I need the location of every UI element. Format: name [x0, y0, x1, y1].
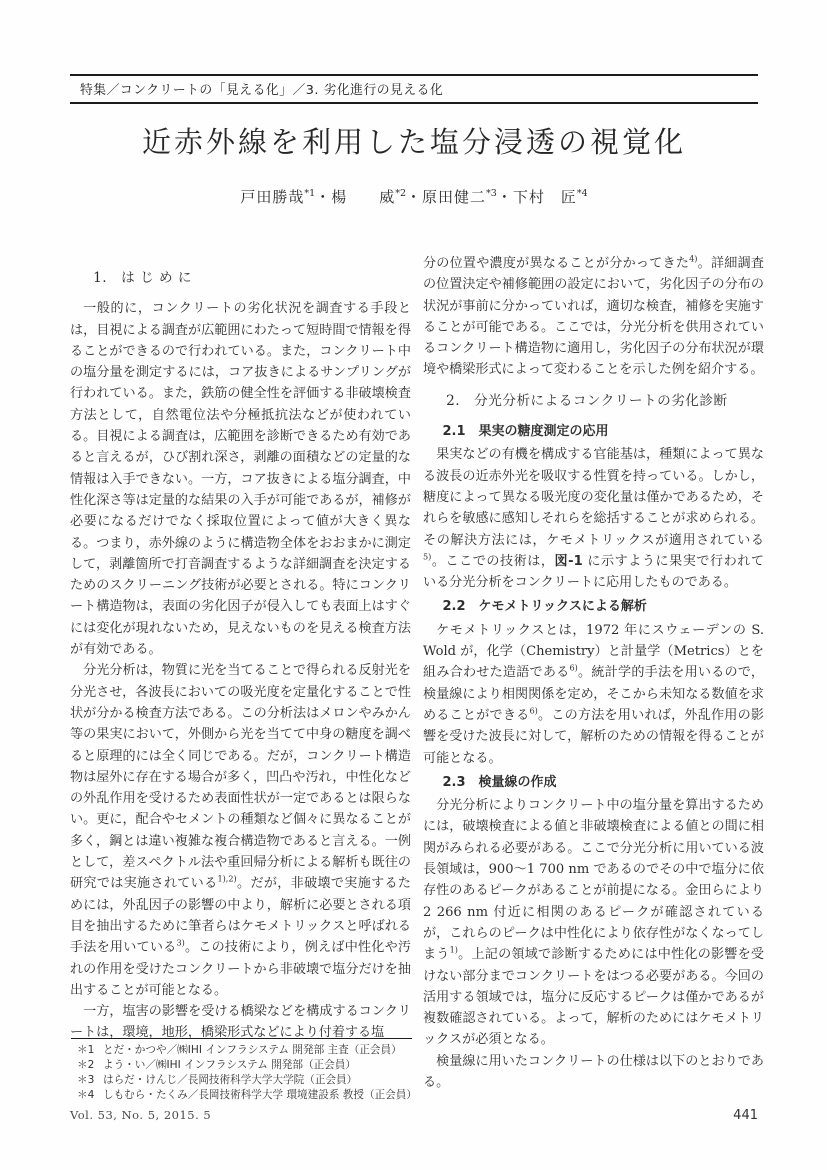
- reference-superscript: 6): [570, 663, 578, 673]
- footnote-marker: ＊3: [71, 1073, 103, 1088]
- footnote-item: ＊3はらだ・けんじ／長岡技術科学大学大学院（正会員）: [71, 1073, 423, 1088]
- page-number: 441: [733, 1108, 758, 1123]
- paragraph: 分光分析は，物質に光を当てることで得られる反射光を分光させ，各波長においての吸光…: [70, 660, 411, 1001]
- reference-superscript: 5): [423, 552, 431, 562]
- paragraph: ケモメトリックスとは，1972 年にスウェーデンの S. Wold が，化学（C…: [423, 620, 764, 769]
- reference-superscript: *4: [577, 188, 588, 199]
- page: 特集／コンクリートの「見える化」／3. 劣化進行の見える化 近赤外線を利用した塩…: [0, 0, 827, 1170]
- reference-superscript: 1): [450, 945, 458, 955]
- footnote-item: ＊2よう・い／㈱IHI インフラシステム 開発部（正会員）: [71, 1058, 423, 1073]
- footnotes: ＊1とだ・かつや／㈱IHI インフラシステム 開発部 主査（正会員）＊2よう・い…: [71, 1038, 423, 1103]
- header-band-text: 特集／コンクリートの「見える化」／3. 劣化進行の見える化: [80, 83, 443, 98]
- paragraph: 分の位置や濃度が異なることが分かってきた4)。詳細調査の位置決定や補修範囲の設定…: [423, 253, 764, 381]
- reference-superscript: *2: [395, 188, 406, 199]
- paragraph: 検量線に用いたコンクリートの仕様は以下のとおりである。: [423, 1051, 764, 1094]
- footnote-marker: ＊1: [71, 1043, 103, 1058]
- footnote-rule: [71, 1038, 412, 1039]
- footnote-text: とだ・かつや／㈱IHI インフラシステム 開発部 主査（正会員）: [103, 1043, 423, 1058]
- footnote-text: しもむら・たくみ／長岡技術科学大学 環境建設系 教授（正会員）: [103, 1088, 423, 1103]
- footnote-item: ＊4しもむら・たくみ／長岡技術科学大学 環境建設系 教授（正会員）: [71, 1088, 423, 1103]
- footnote-list: ＊1とだ・かつや／㈱IHI インフラシステム 開発部 主査（正会員）＊2よう・い…: [71, 1043, 423, 1103]
- subsection-heading: 2.1 果実の糖度測定の応用: [423, 421, 764, 442]
- volume-info: Vol. 53, No. 5, 2015. 5: [70, 1108, 211, 1122]
- authors-line: 戸田勝哉*1・楊 威*2・原田健二*3・下村 匠*4: [70, 186, 758, 207]
- section-heading: 2. 分光分析によるコンクリートの劣化診断: [423, 391, 764, 412]
- reference-superscript: 4): [689, 254, 697, 264]
- paragraph: 分光分析によりコンクリート中の塩分量を算出するためには，破壊検査による値と非破壊…: [423, 795, 764, 1051]
- paper-title: 近赤外線を利用した塩分浸透の視覚化: [70, 120, 758, 161]
- right-column: 分の位置や濃度が異なることが分かってきた4)。詳細調査の位置決定や補修範囲の設定…: [423, 253, 764, 1093]
- footnote-text: はらだ・けんじ／長岡技術科学大学大学院（正会員）: [103, 1073, 423, 1088]
- reference-superscript: *1: [304, 188, 315, 199]
- header-band: 特集／コンクリートの「見える化」／3. 劣化進行の見える化: [70, 74, 758, 104]
- subsection-heading: 2.3 検量線の作成: [423, 772, 764, 793]
- reference-superscript: 3): [176, 938, 184, 948]
- footer: Vol. 53, No. 5, 2015. 5 441: [70, 1108, 758, 1123]
- reference-superscript: *3: [486, 188, 497, 199]
- left-column: 1. は じ め に一般的に，コンクリートの劣化状況を調査する手段とは，目視によ…: [70, 258, 411, 1044]
- paragraph: 一般的に，コンクリートの劣化状況を調査する手段とは，目視による調査が広範囲にわた…: [70, 298, 411, 660]
- figure-reference: 図-1: [555, 554, 583, 569]
- reference-superscript: 6): [529, 706, 537, 716]
- subsection-heading: 2.2 ケモメトリックスによる解析: [423, 596, 764, 617]
- reference-superscript: 1),2): [217, 874, 236, 884]
- paragraph: 果実などの有機を構成する官能基は，種類によって異なる波長の近赤外光を吸収する性質…: [423, 444, 764, 593]
- footnote-marker: ＊2: [71, 1058, 103, 1073]
- footnote-item: ＊1とだ・かつや／㈱IHI インフラシステム 開発部 主査（正会員）: [71, 1043, 423, 1058]
- section-heading: 1. は じ め に: [70, 268, 411, 289]
- footnote-text: よう・い／㈱IHI インフラシステム 開発部（正会員）: [103, 1058, 423, 1073]
- footnote-marker: ＊4: [71, 1088, 103, 1103]
